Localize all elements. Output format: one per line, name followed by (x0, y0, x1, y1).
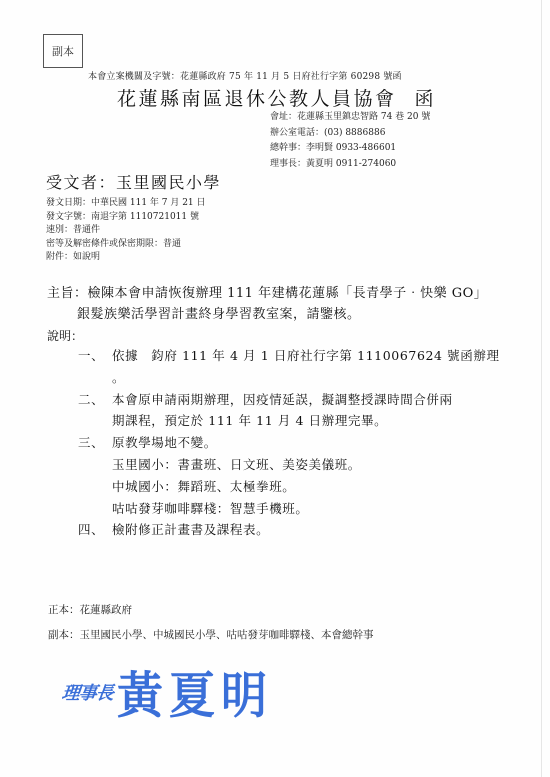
venue-yuli: 玉里國小：書畫班、日文班、美姿美儀班。 (78, 454, 500, 476)
meta-confidentiality: 密等及解密條件或保密期限：普通 (46, 238, 206, 252)
item-text: 檢附修正計畫書及課程表。 (112, 519, 269, 541)
item-continuation: 。 (78, 367, 500, 389)
contact-block: 會址：花蓮縣玉里鎮忠智路 74 巷 20 號 辦公室電話：(03) 888688… (270, 110, 430, 172)
item-continuation: 期課程，預定於 111 年 11 月 4 日辦理完畢。 (78, 410, 500, 432)
explanation-label: 說明： (47, 327, 83, 344)
organization-title: 花蓮縣南區退休公教人員協會函 (117, 84, 436, 111)
original-recipient: 正本：花蓮縣政府 (48, 598, 374, 623)
document-meta: 發文日期：中華民國 111 年 7 月 21 日 發文字號：南退字第 11107… (46, 197, 206, 265)
item-number: 四、 (78, 519, 112, 541)
item-text: 本會原申請兩期辦理，因疫情延誤，擬調整授課時間合併兩 (112, 389, 453, 411)
contact-chairman: 理事長：黃夏明 0911-274060 (270, 157, 430, 173)
stamp-name: 黃夏明 (117, 656, 273, 727)
contact-office-phone: 辦公室電話：(03) 8886886 (270, 126, 430, 142)
item-number: 三、 (78, 432, 112, 454)
scan-edge-line (541, 0, 542, 777)
contact-address: 會址：花蓮縣玉里鎮忠智路 74 巷 20 號 (270, 110, 430, 126)
meta-date: 發文日期：中華民國 111 年 7 月 21 日 (46, 197, 206, 211)
item-text: 原教學場地不變。 (112, 432, 217, 454)
contact-secretary: 總幹事：李明賢 0933-486601 (270, 141, 430, 157)
venue-cafe: 咕咕發芽咖啡驛棧：智慧手機班。 (78, 498, 500, 520)
distribution-block: 正本：花蓮縣政府 副本：玉里國民小學、中城國民小學、咕咕發芽咖啡驛棧、本會總幹事 (48, 598, 374, 648)
stamp-title: 理事長 (61, 679, 115, 705)
meta-attachment: 附件：如說明 (46, 251, 206, 265)
explanation-item: 一、 依據 鈞府 111 年 4 月 1 日府社行字第 1110067624 號… (78, 345, 500, 367)
subject-line-1: 主旨：檢陳本會申請恢復辦理 111 年建構花蓮縣「長青學子‧快樂 GO」 (47, 283, 487, 304)
subject-line-2: 銀髮族樂活學習計畫終身學習教室案，請鑒核。 (47, 304, 487, 325)
registration-line: 本會立案機關及字號：花蓮縣政府 75 年 11 月 5 日府社行字第 60298… (88, 69, 402, 82)
recipient: 受文者：玉里國民小學 (46, 170, 221, 193)
item-number: 二、 (78, 389, 112, 411)
explanation-items: 一、 依據 鈞府 111 年 4 月 1 日府社行字第 1110067624 號… (78, 345, 500, 541)
explanation-item: 二、 本會原申請兩期辦理，因疫情延誤，擬調整授課時間合併兩 (78, 389, 500, 411)
organization-name: 花蓮縣南區退休公教人員協會 (117, 88, 397, 110)
copy-recipients: 副本：玉里國民小學、中城國民小學、咕咕發芽咖啡驛棧、本會總幹事 (48, 623, 374, 648)
explanation-item: 三、 原教學場地不變。 (78, 432, 500, 454)
venue-zhongcheng: 中城國小：舞蹈班、太極拳班。 (78, 476, 500, 498)
subject: 主旨：檢陳本會申請恢復辦理 111 年建構花蓮縣「長青學子‧快樂 GO」 銀髮族… (47, 283, 487, 325)
document-type: 函 (415, 88, 437, 110)
copy-marker-box: 副本 (43, 34, 83, 68)
chairman-seal-stamp: 理事長 黃夏明 (62, 652, 273, 732)
explanation-item: 四、 檢附修正計畫書及課程表。 (78, 519, 500, 541)
meta-number: 發文字號：南退字第 1110721011 號 (46, 211, 206, 225)
document-page: 副本 本會立案機關及字號：花蓮縣政府 75 年 11 月 5 日府社行字第 60… (0, 0, 550, 777)
copy-marker-label: 副本 (52, 43, 74, 59)
item-number: 一、 (78, 345, 112, 367)
item-text: 依據 鈞府 111 年 4 月 1 日府社行字第 1110067624 號函辦理 (112, 345, 500, 367)
meta-speed: 速別：普通件 (46, 224, 206, 238)
